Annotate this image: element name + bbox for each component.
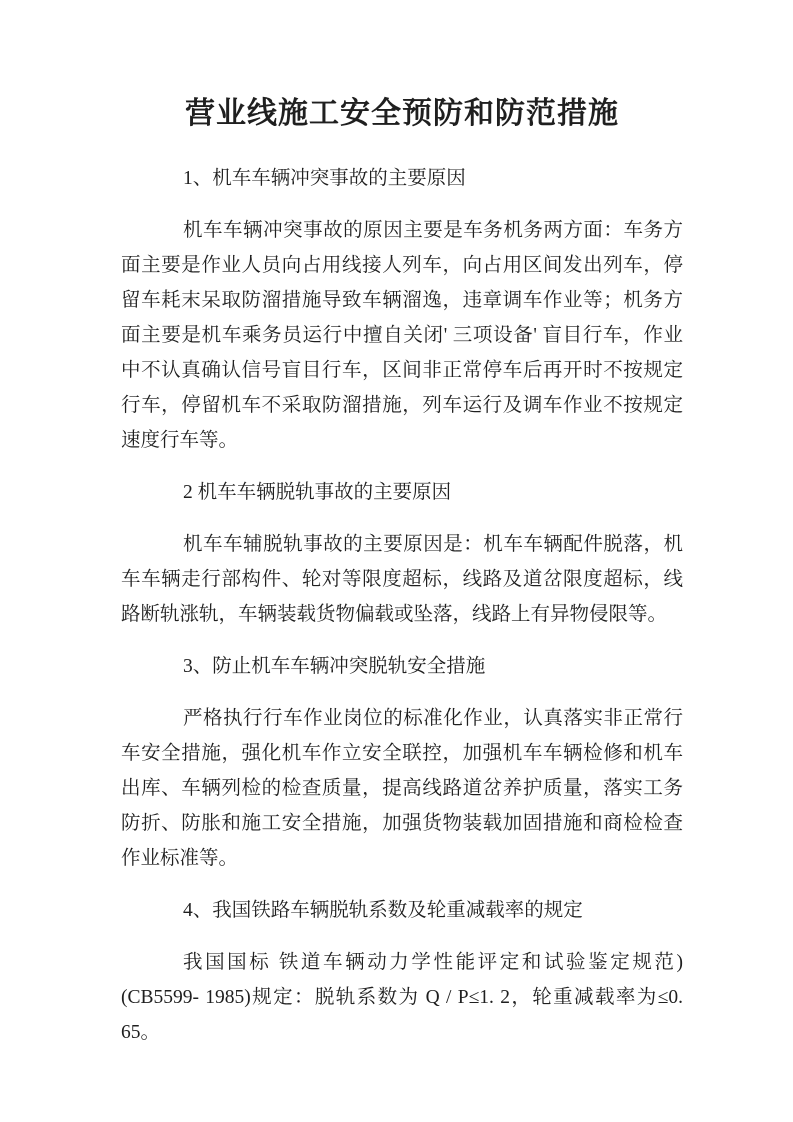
section-4: 4、我国铁路车辆脱轨系数及轮重减载率的规定 我国国标 铁道车辆动力学性能评定和试… (121, 893, 683, 1050)
section-2: 2 机车车辆脱轨事故的主要原因 机车车辅脱轨事故的主要原因是：机车车辆配件脱落，… (121, 475, 683, 632)
section-1-paragraph: 机车车辆冲突事故的原因主要是车务机务两方面：车务方面主要是作业人员向占用线接人列… (121, 213, 683, 458)
section-2-heading: 2 机车车辆脱轨事故的主要原因 (121, 475, 683, 510)
section-3: 3、防止机车车辆冲突脱轨安全措施 严格执行行车作业岗位的标准化作业，认真落实非正… (121, 649, 683, 876)
section-3-heading: 3、防止机车车辆冲突脱轨安全措施 (121, 649, 683, 684)
document-page: 营业线施工安全预防和防范措施 1、机车车辆冲突事故的主要原因 机车车辆冲突事故的… (0, 0, 793, 1122)
document-title: 营业线施工安全预防和防范措施 (121, 92, 683, 136)
section-4-heading: 4、我国铁路车辆脱轨系数及轮重减载率的规定 (121, 893, 683, 928)
section-1-heading: 1、机车车辆冲突事故的主要原因 (121, 161, 683, 196)
section-2-paragraph: 机车车辅脱轨事故的主要原因是：机车车辆配件脱落，机车车辆走行部构件、轮对等限度超… (121, 527, 683, 632)
section-1: 1、机车车辆冲突事故的主要原因 机车车辆冲突事故的原因主要是车务机务两方面：车务… (121, 161, 683, 458)
section-4-paragraph: 我国国标 铁道车辆动力学性能评定和试验鉴定规范)(CB5599- 1985)规定… (121, 945, 683, 1050)
section-3-paragraph: 严格执行行车作业岗位的标准化作业，认真落实非正常行车安全措施，强化机车作立安全联… (121, 701, 683, 876)
